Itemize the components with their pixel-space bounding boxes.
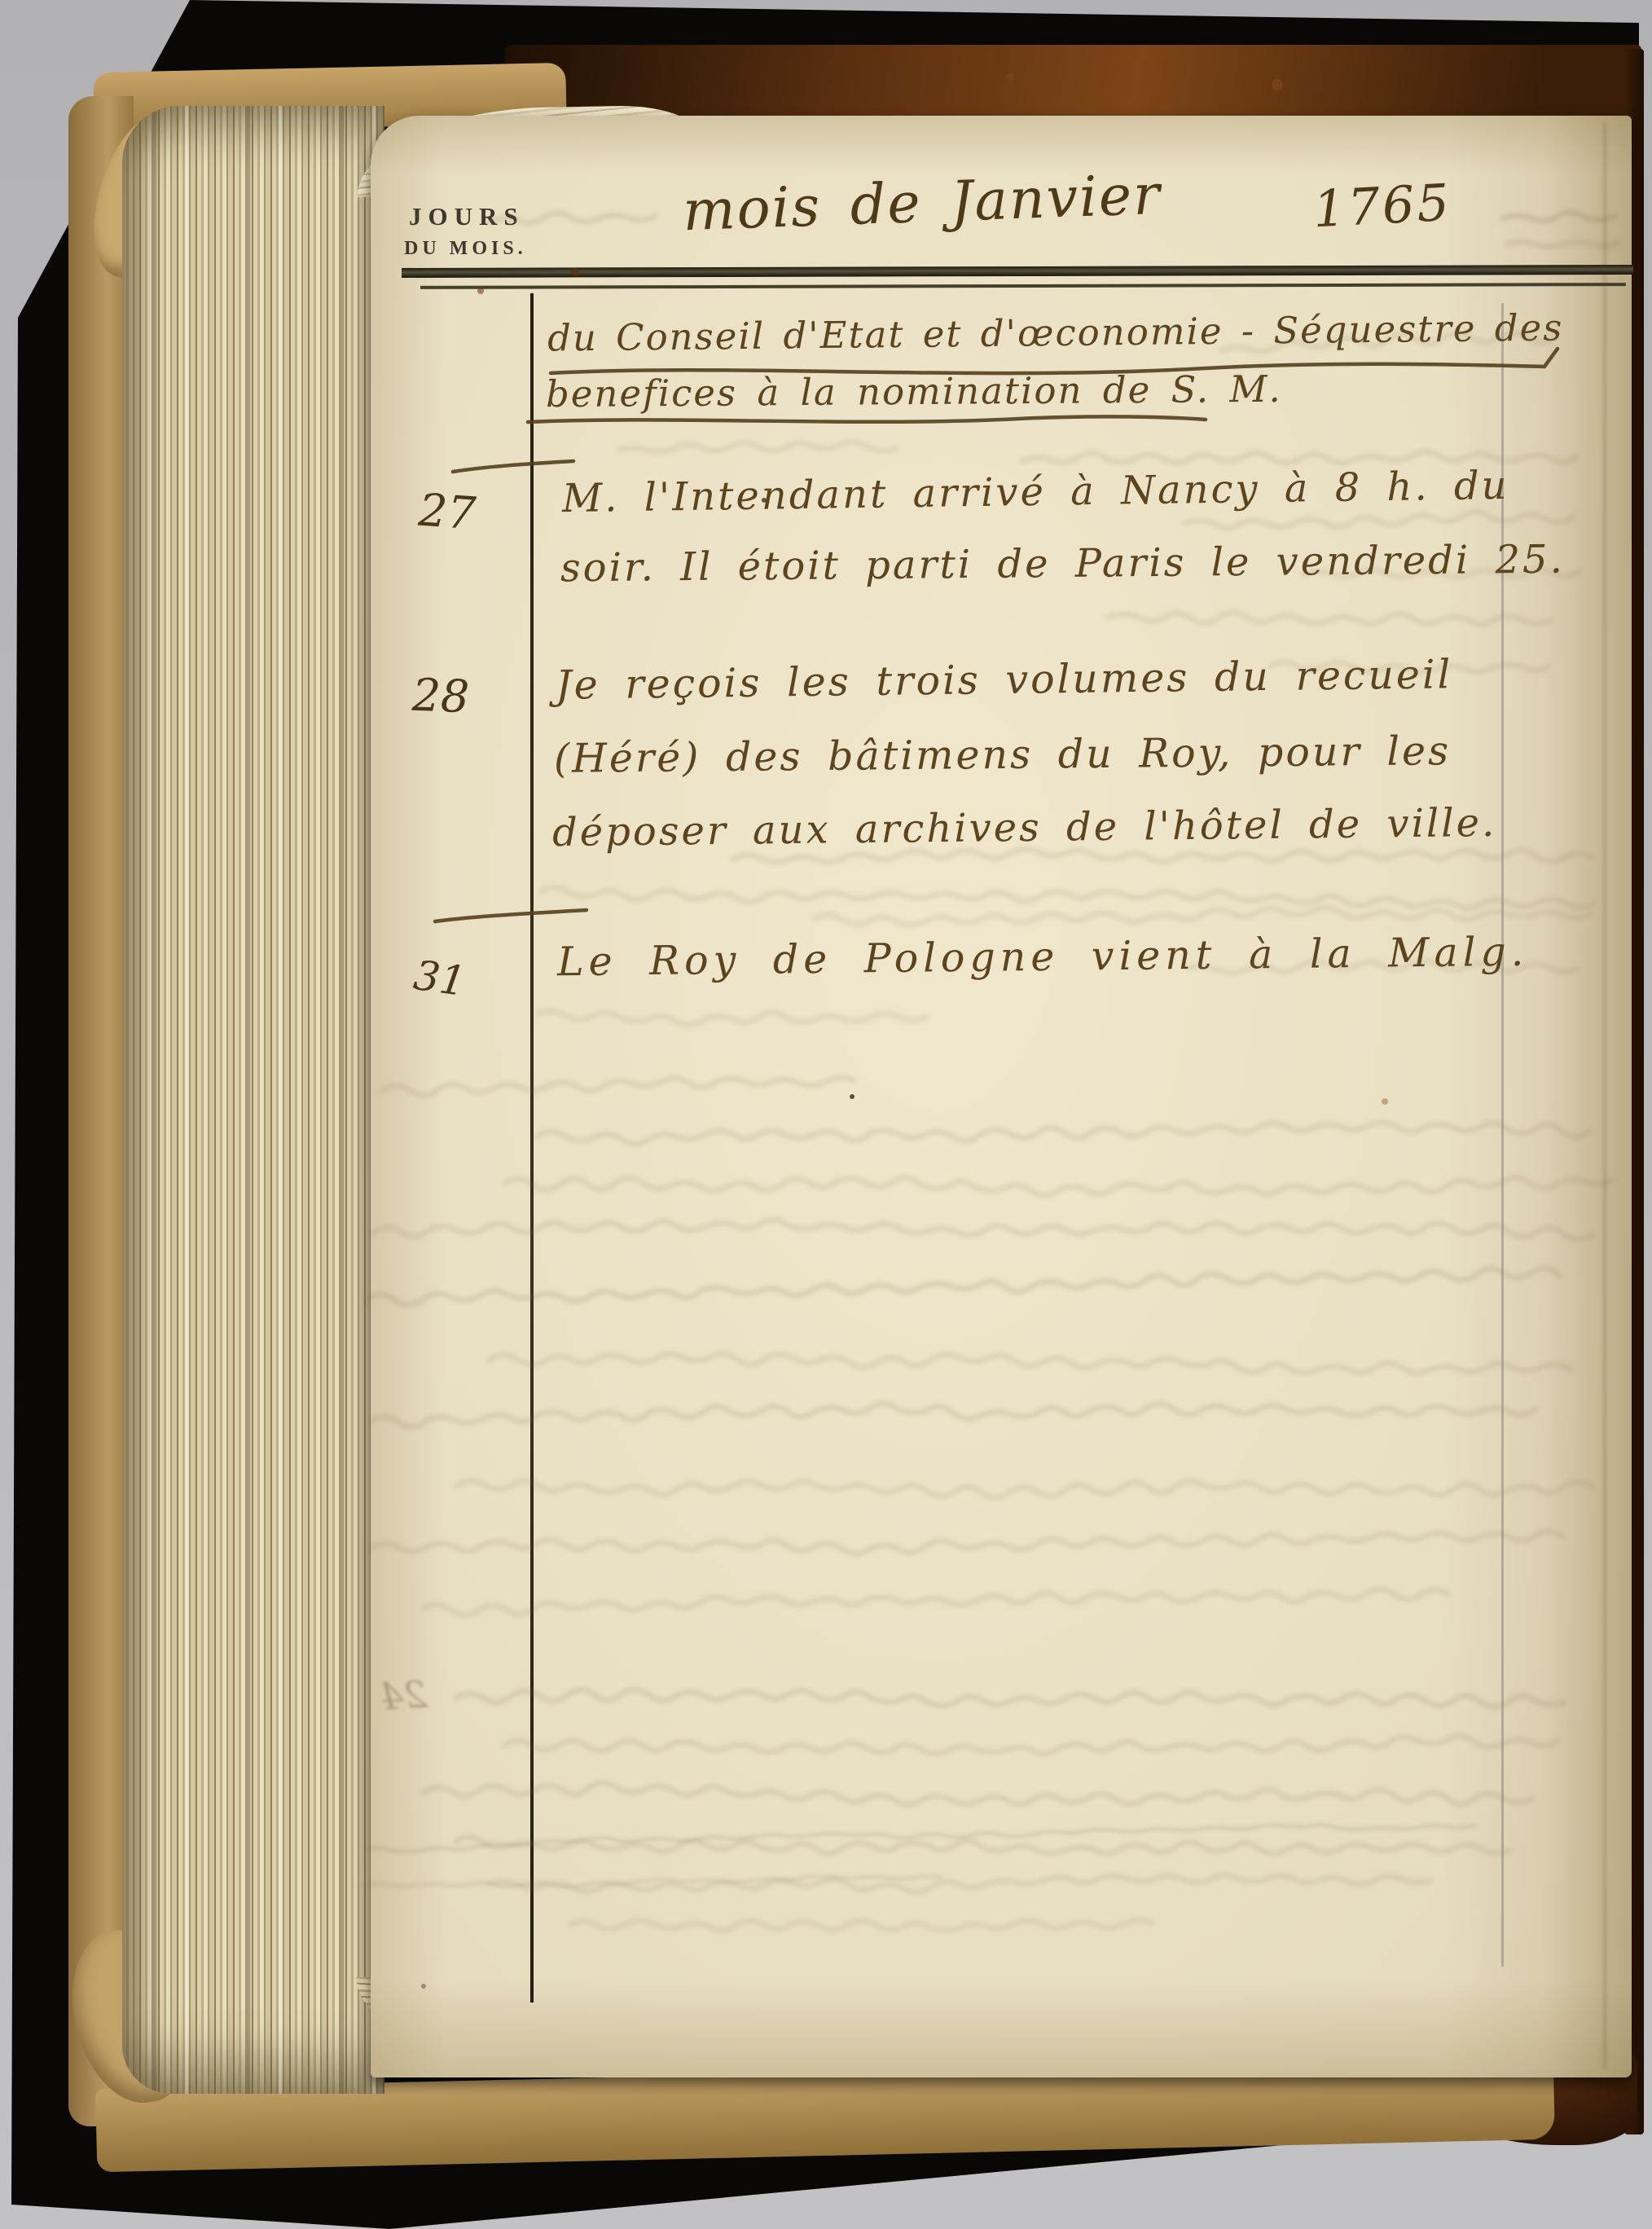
entry-day-number: 27 bbox=[417, 484, 477, 540]
gutter-crease bbox=[1603, 122, 1606, 2069]
page-edges-stack bbox=[122, 106, 384, 2094]
entry-27-line2: soir. Il étoit parti de Paris le vendred… bbox=[560, 537, 1565, 591]
entry-day-number: 28 bbox=[411, 669, 470, 723]
carryover-note-line2: benefices à la nomination de S. M. bbox=[546, 367, 1282, 415]
entry-day-number: 31 bbox=[411, 952, 468, 1005]
printed-day-column-label-line1: JOURS bbox=[409, 202, 525, 231]
year-handwritten: 1765 bbox=[1311, 173, 1452, 240]
book-scan: JOURS DU MOIS. mois de Janvier 1765 du C… bbox=[0, 0, 1652, 2229]
bleedthrough-day-number: 24 bbox=[379, 1673, 428, 1719]
printed-day-column-label-line2: DU MOIS. bbox=[404, 238, 527, 260]
day-column-rule bbox=[530, 293, 534, 2003]
entry-28-line2: (Héré) des bâtimens du Roy, pour les bbox=[554, 728, 1452, 782]
